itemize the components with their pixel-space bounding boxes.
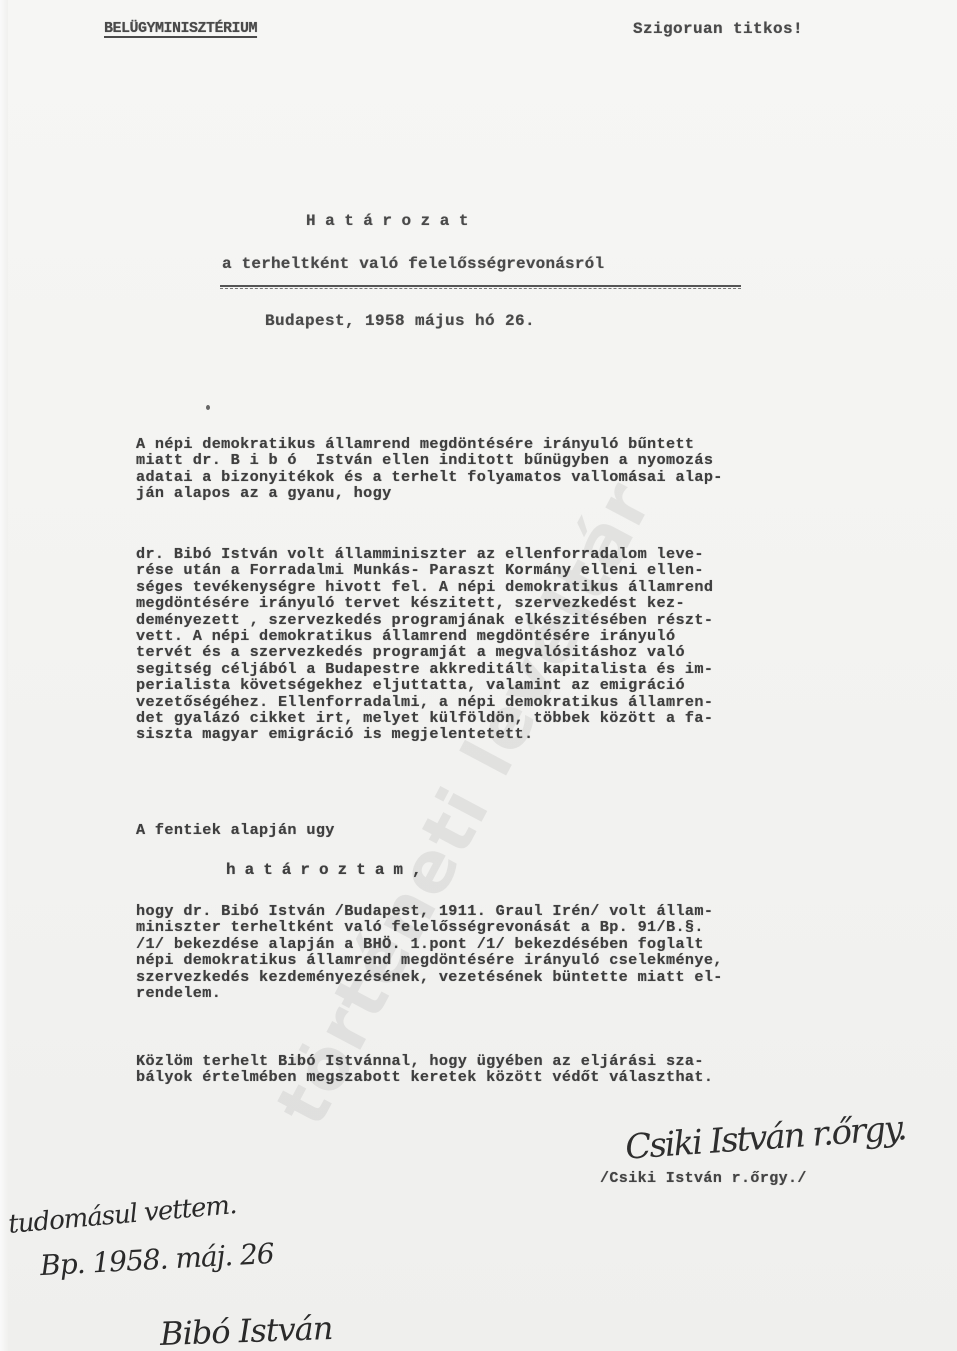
defendant-signature: Bibó István <box>159 1309 333 1351</box>
title-underline <box>220 285 741 287</box>
dateline: Budapest, 1958 május hó 26. <box>265 312 535 330</box>
paragraph-notice: Közlöm terhelt Bibó Istvánnal, hogy ügyé… <box>136 1053 713 1086</box>
ministry-header: BELÜGYMINISZTÉRIUM <box>104 20 257 37</box>
title-underline-dashed <box>220 288 741 289</box>
paragraph-decision: hogy dr. Bibó István /Budapest, 1911. Gr… <box>136 903 723 1001</box>
page-edge <box>0 0 8 1351</box>
officer-name-typed: /Csiki István r.őrgy./ <box>600 1170 807 1187</box>
paragraph-charges: dr. Bibó István volt államminiszter az e… <box>136 546 713 743</box>
decision-word: határoztam, <box>226 861 431 879</box>
ink-speck <box>206 405 210 410</box>
document-subtitle: a terheltként való felelősségrevonásról <box>222 255 604 273</box>
handwritten-acknowledgement: tudomásul vettem. <box>7 1190 237 1240</box>
document-page: történeti levéltár BELÜGYMINISZTÉRIUM Sz… <box>0 0 957 1351</box>
document-title: Határozat <box>306 212 478 230</box>
officer-signature: Csiki István r.őrgy. <box>624 1108 907 1167</box>
classification-label: Szigoruan titkos! <box>633 20 803 38</box>
paragraph-suspicion: A népi demokratikus államrend megdöntésé… <box>136 436 723 502</box>
handwritten-date: Bp. 1958. máj. 26 <box>39 1237 274 1282</box>
paragraph-basis: A fentiek alapján ugy <box>136 822 335 838</box>
